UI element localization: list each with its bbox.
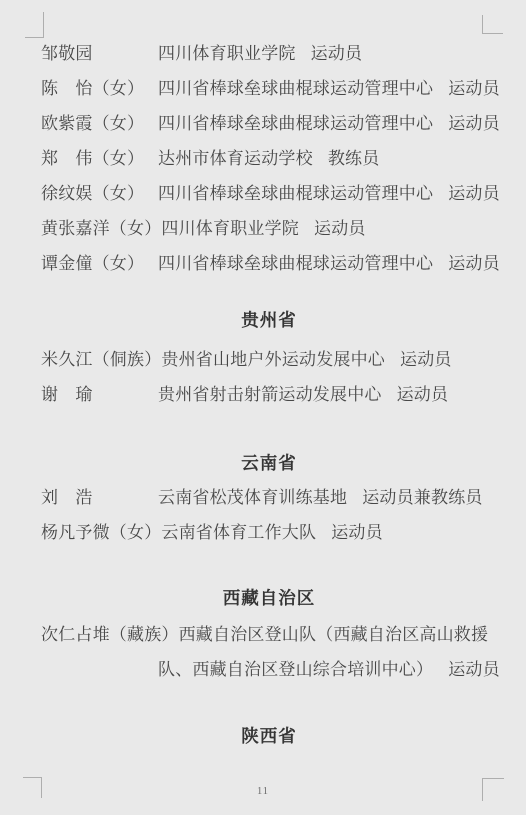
- athlete-role: 运动员: [448, 255, 500, 273]
- athlete-name: 刘 浩: [41, 489, 158, 507]
- province-heading-yunnan: 云南省: [41, 454, 497, 472]
- province-heading-guizhou: 贵州省: [41, 311, 497, 329]
- document-body: 邹敬园 四川体育职业学院 运动员 陈 怡（女） 四川省棒球垒球曲棍球运动管理中心…: [41, 0, 497, 745]
- athlete-row: 欧紫霞（女） 四川省棒球垒球曲棍球运动管理中心 运动员: [41, 115, 497, 133]
- athlete-name: 谭金僮（女）: [41, 255, 158, 273]
- athlete-row: 黄张嘉洋（女） 四川体育职业学院 运动员: [41, 220, 497, 238]
- athlete-role: 运动员: [448, 185, 500, 203]
- athlete-role: 运动员: [331, 524, 383, 542]
- athlete-role: 运动员: [448, 115, 500, 133]
- athlete-org: 贵州省山地户外运动发展中心: [161, 351, 385, 369]
- athlete-role: 运动员兼教练员: [362, 489, 482, 507]
- athlete-name: 陈 怡（女）: [41, 80, 158, 98]
- athlete-row: 谭金僮（女） 四川省棒球垒球曲棍球运动管理中心 运动员: [41, 255, 497, 273]
- athlete-org: 四川省棒球垒球曲棍球运动管理中心: [158, 255, 433, 273]
- athlete-row: 次仁占堆（藏族） 西藏自治区登山队（西藏自治区高山救援: [41, 626, 497, 644]
- province-heading-shaanxi: 陕西省: [41, 727, 497, 745]
- athlete-role: 运动员: [448, 661, 500, 679]
- athlete-row: 谢 瑜 贵州省射击射箭运动发展中心 运动员: [41, 386, 497, 404]
- athlete-name: 杨凡予微（女）: [41, 524, 161, 542]
- athlete-org: 四川省棒球垒球曲棍球运动管理中心: [158, 115, 433, 133]
- athlete-row: 徐纹娱（女） 四川省棒球垒球曲棍球运动管理中心 运动员: [41, 185, 497, 203]
- athlete-role: 教练员: [328, 150, 380, 168]
- athlete-role: 运动员: [311, 45, 363, 63]
- athlete-org: 四川体育职业学院: [158, 45, 296, 63]
- athlete-org-line1: 西藏自治区登山队（西藏自治区高山救援: [179, 626, 489, 644]
- athlete-role: 运动员: [448, 80, 500, 98]
- athlete-role: 运动员: [314, 220, 366, 238]
- athlete-name: 徐纹娱（女）: [41, 185, 158, 203]
- athlete-row: 杨凡予微（女） 云南省体育工作大队 运动员: [41, 524, 497, 542]
- athlete-row: 郑 伟（女） 达州市体育运动学校 教练员: [41, 150, 497, 168]
- athlete-name: 欧紫霞（女）: [41, 115, 158, 133]
- athlete-org: 四川体育职业学院: [161, 220, 299, 238]
- athlete-name: 谢 瑜: [41, 386, 158, 404]
- hanging-indent: [41, 661, 158, 679]
- athlete-org: 贵州省射击射箭运动发展中心: [158, 386, 382, 404]
- athlete-org: 达州市体育运动学校: [158, 150, 313, 168]
- athlete-role: 运动员: [400, 351, 452, 369]
- athlete-name: 米久江（侗族）: [41, 351, 161, 369]
- document-page: 邹敬园 四川体育职业学院 运动员 陈 怡（女） 四川省棒球垒球曲棍球运动管理中心…: [0, 0, 526, 815]
- athlete-name: 次仁占堆（藏族）: [41, 626, 179, 644]
- athlete-org: 四川省棒球垒球曲棍球运动管理中心: [158, 185, 433, 203]
- athlete-role: 运动员: [397, 386, 449, 404]
- athlete-row: 米久江（侗族） 贵州省山地户外运动发展中心 运动员: [41, 351, 497, 369]
- athlete-org: 云南省体育工作大队: [161, 524, 316, 542]
- athlete-row: 刘 浩 云南省松茂体育训练基地 运动员兼教练员: [41, 489, 497, 507]
- athlete-org-line2: 队、西藏自治区登山综合培训中心）: [158, 661, 433, 679]
- athlete-name: 郑 伟（女）: [41, 150, 158, 168]
- athlete-row: 陈 怡（女） 四川省棒球垒球曲棍球运动管理中心 运动员: [41, 80, 497, 98]
- page-number: 11: [0, 786, 526, 797]
- athlete-name: 邹敬园: [41, 45, 158, 63]
- athlete-name: 黄张嘉洋（女）: [41, 220, 161, 238]
- athlete-org: 云南省松茂体育训练基地: [158, 489, 347, 507]
- athlete-row-continuation: 队、西藏自治区登山综合培训中心） 运动员: [41, 661, 497, 679]
- province-heading-tibet: 西藏自治区: [41, 589, 497, 607]
- athlete-row: 邹敬园 四川体育职业学院 运动员: [41, 45, 497, 63]
- athlete-org: 四川省棒球垒球曲棍球运动管理中心: [158, 80, 433, 98]
